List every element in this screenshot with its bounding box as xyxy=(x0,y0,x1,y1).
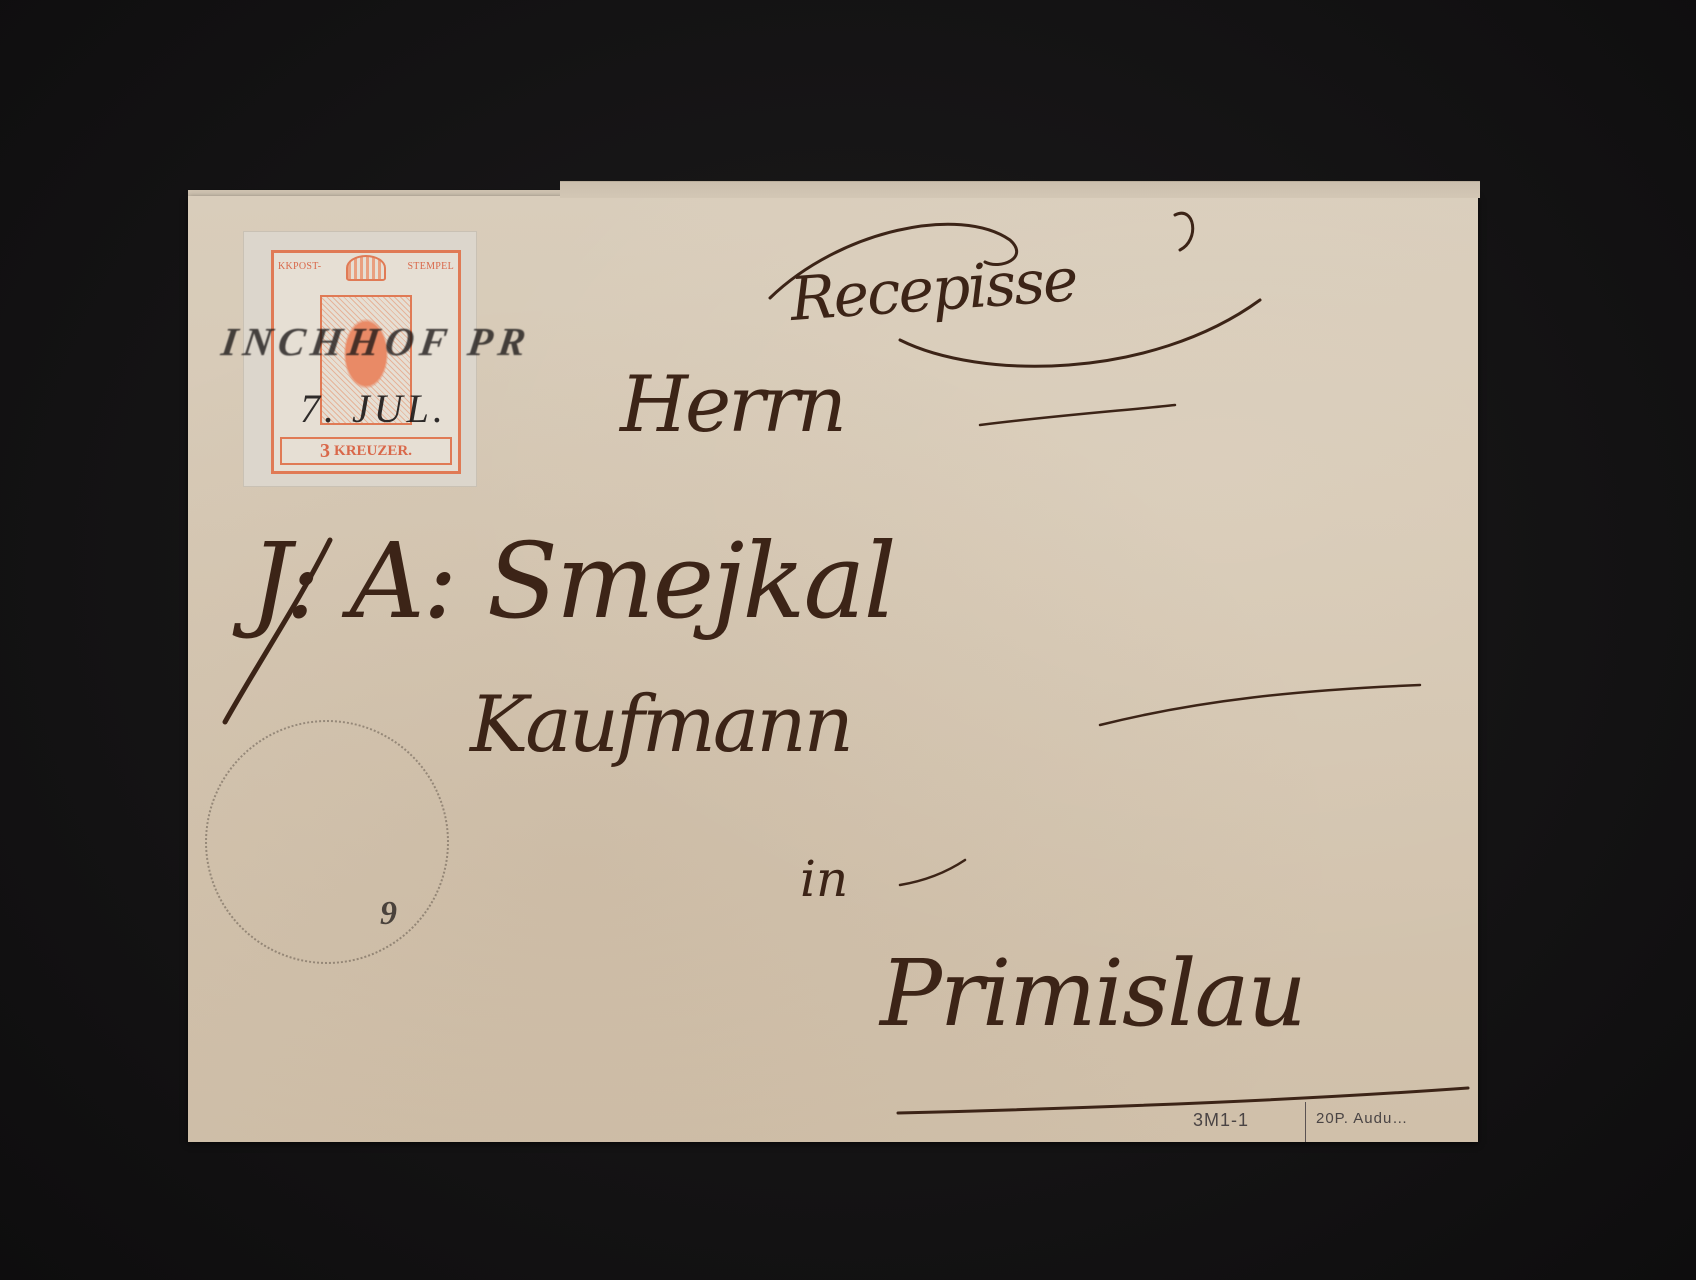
postmark-town: INCHHOF PR xyxy=(219,318,535,365)
stamp-text-right: STEMPEL xyxy=(407,261,454,272)
handwritten-recipient-title: Kaufmann xyxy=(470,680,851,770)
handwritten-recipient-name: J: A: Smejkal xyxy=(250,520,895,642)
handwritten-city: Primislau xyxy=(880,940,1305,1047)
stamp-text-left: KKPOST- xyxy=(278,261,321,272)
crown-icon xyxy=(346,255,386,281)
arrival-postmark-number: 9 xyxy=(380,895,397,933)
stamp-value: 3 KREUZER. xyxy=(280,437,452,465)
arrival-postmark-ring xyxy=(205,720,449,964)
pencil-note: 20P. Audu… xyxy=(1316,1110,1408,1127)
pencil-catalog-number: 3M1-1 xyxy=(1193,1110,1249,1131)
stamp-value-number: 3 xyxy=(320,440,330,463)
handwritten-salutation: Herrn xyxy=(620,360,844,450)
stamp-value-text: KREUZER. xyxy=(334,443,412,460)
postmark-date: 7. JUL. xyxy=(300,385,447,432)
pencil-divider xyxy=(1305,1102,1306,1142)
handwritten-preposition: in xyxy=(800,850,848,908)
envelope-flap xyxy=(560,181,1480,198)
